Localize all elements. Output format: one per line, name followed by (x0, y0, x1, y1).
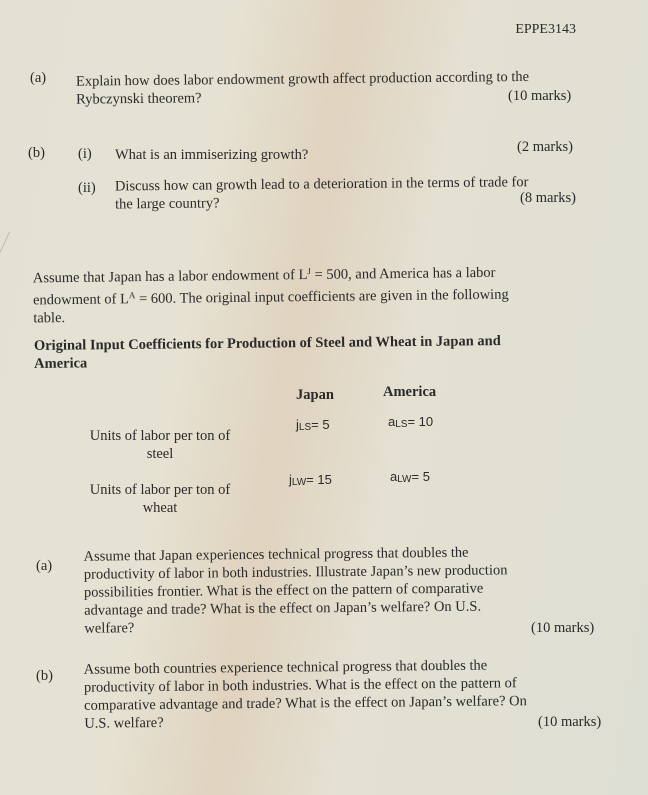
question-b-ii-text: Discuss how can growth lead to a deterio… (115, 173, 590, 214)
intro-paragraph: Assume that Japan has a labor endowment … (33, 259, 594, 328)
question-2a-text: Assume that Japan experiences technical … (84, 542, 605, 637)
question-a-label: (a) (30, 70, 46, 87)
question-a-line2: Rybczynski theorem? (76, 85, 581, 108)
question-b-ii-line2: the large country? (115, 191, 590, 214)
table-cell-japan-wheat: jLW= 15 (289, 472, 332, 488)
question-b-label: (b) (28, 145, 45, 162)
question-a-text: Explain how does labor endowment growth … (76, 67, 581, 108)
question-2b-marks: (10 marks) (538, 714, 601, 731)
question-2b-text: Assume both countries experience technic… (84, 655, 615, 733)
question-b-i-marks: (2 marks) (517, 139, 573, 156)
question-2b-label: (b) (36, 668, 53, 685)
question-b-i-label: (i) (78, 146, 92, 163)
table-cell-america-wheat: aLW= 5 (390, 469, 430, 485)
course-code: EPPE3143 (515, 22, 576, 38)
table-row-wheat-label: Units of labor per ton of wheat (80, 481, 240, 517)
pen-mark (0, 232, 26, 262)
exam-page: EPPE3143 (a) Explain how does labor endo… (0, 0, 648, 795)
question-b-ii-marks: (8 marks) (520, 190, 576, 207)
table-cell-america-steel: aLS= 10 (388, 414, 433, 430)
question-b-i-text: What is an immiserizing growth? (115, 146, 308, 164)
question-b-ii-label: (ii) (78, 180, 96, 197)
table-header-america: America (383, 384, 436, 401)
question-2a-label: (a) (36, 558, 52, 575)
question-a-marks: (10 marks) (508, 88, 571, 105)
table-header-japan: Japan (296, 387, 334, 404)
table-row-steel-label: Units of labor per ton of steel (80, 427, 240, 463)
table-title: Original Input Coefficients for Producti… (34, 331, 594, 373)
table-cell-japan-steel: jLS= 5 (296, 417, 330, 433)
question-2a-marks: (10 marks) (531, 620, 594, 637)
